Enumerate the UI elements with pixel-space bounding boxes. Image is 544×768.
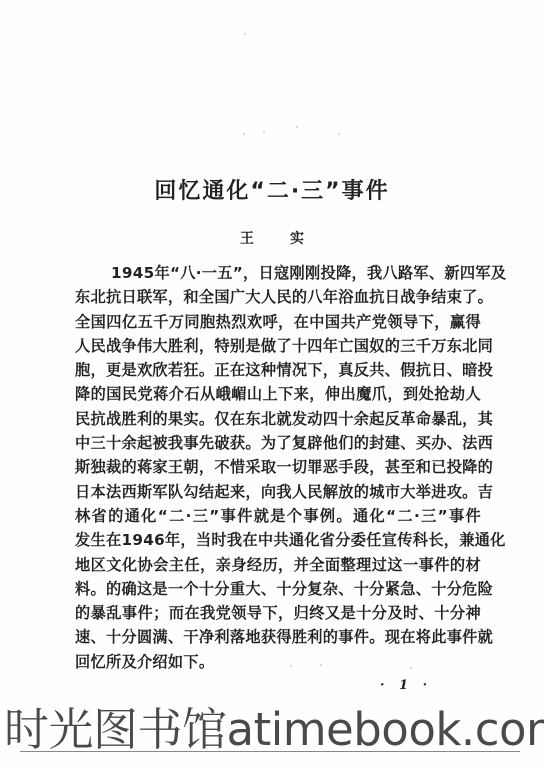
paragraph-line: 速、十分圆满、干净利落地获得胜利的事件。现在将此事件就: [75, 625, 481, 649]
paragraph-line: 料。的确这是一个十分重大、十分复杂、十分紧急、十分危险: [75, 577, 481, 601]
paragraph-line: 斯独裁的蒋家王朝，不惜采取一切罪恶手段，甚至和已投降的: [75, 455, 481, 479]
author-family-name: 实: [290, 228, 304, 248]
paragraph-line: 人民战争伟大胜利，特别是做了十四年亡国奴的三千万东北同: [75, 334, 481, 358]
paragraph-line: 地区文化协会主任，亲身经历，并全面整理过这一事件的材: [75, 553, 481, 577]
paragraph-line: 回忆所及介绍如下。: [75, 650, 481, 674]
paragraph-line: 胞，更是欢欣若狂。正在这种情况下，真反共、假抗日、暗投: [75, 358, 481, 382]
page-number: · 1 ·: [380, 678, 460, 693]
author-given-name: 王: [240, 228, 254, 248]
paragraph-line: 的暴乱事件；而在我党领导下，归终又是十分及时、十分神: [75, 601, 481, 625]
paragraph-line: 1945年“八·一五”，日寇刚刚投降，我八路军、新四军及: [75, 261, 481, 285]
scan-noise: [263, 131, 265, 133]
paragraph-line: 降的国民党蒋介石从峨嵋山上下来，伸出魔爪，到处抢劫人: [75, 382, 481, 406]
paragraph-line: 中三十余起被我事先破获。为了复辟他们的封建、买办、法西: [75, 431, 481, 455]
scan-noise: [338, 133, 340, 135]
author-byline: 王实: [0, 228, 544, 248]
scan-noise: [296, 126, 298, 128]
scan-noise: [243, 133, 245, 135]
paragraph-line: 全国四亿五千万同胞热烈欢呼，在中国共产党领导下，赢得: [75, 310, 481, 334]
paragraph-line: 东北抗日联军，和全国广大人民的八年浴血抗日战争结束了。: [75, 285, 481, 309]
article-body: 1945年“八·一五”，日寇刚刚投降，我八路军、新四军及 东北抗日联军，和全国广…: [75, 261, 481, 674]
paragraph-line: 林省的通化“二·三”事件就是个事例。通化“二·三”事件: [75, 504, 481, 528]
paragraph-line: 民抗战胜利的果实。仅在东北就发动四十余起反革命暴乱，其: [75, 407, 481, 431]
paragraph-line: 发生在1946年，当时我在中共通化省分委任宣传科长，兼通化: [75, 528, 481, 552]
watermark: 时光图书馆atimebook.com: [4, 702, 544, 758]
scan-noise: [244, 33, 246, 35]
document-page: 回忆通化“二·三”事件 王实 1945年“八·一五”，日寇刚刚投降，我八路军、新…: [0, 0, 544, 768]
paragraph-line: 日本法西斯军队勾结起来，向我人民解放的城市大举进攻。吉: [75, 480, 481, 504]
article-title: 回忆通化“二·三”事件: [0, 174, 544, 205]
